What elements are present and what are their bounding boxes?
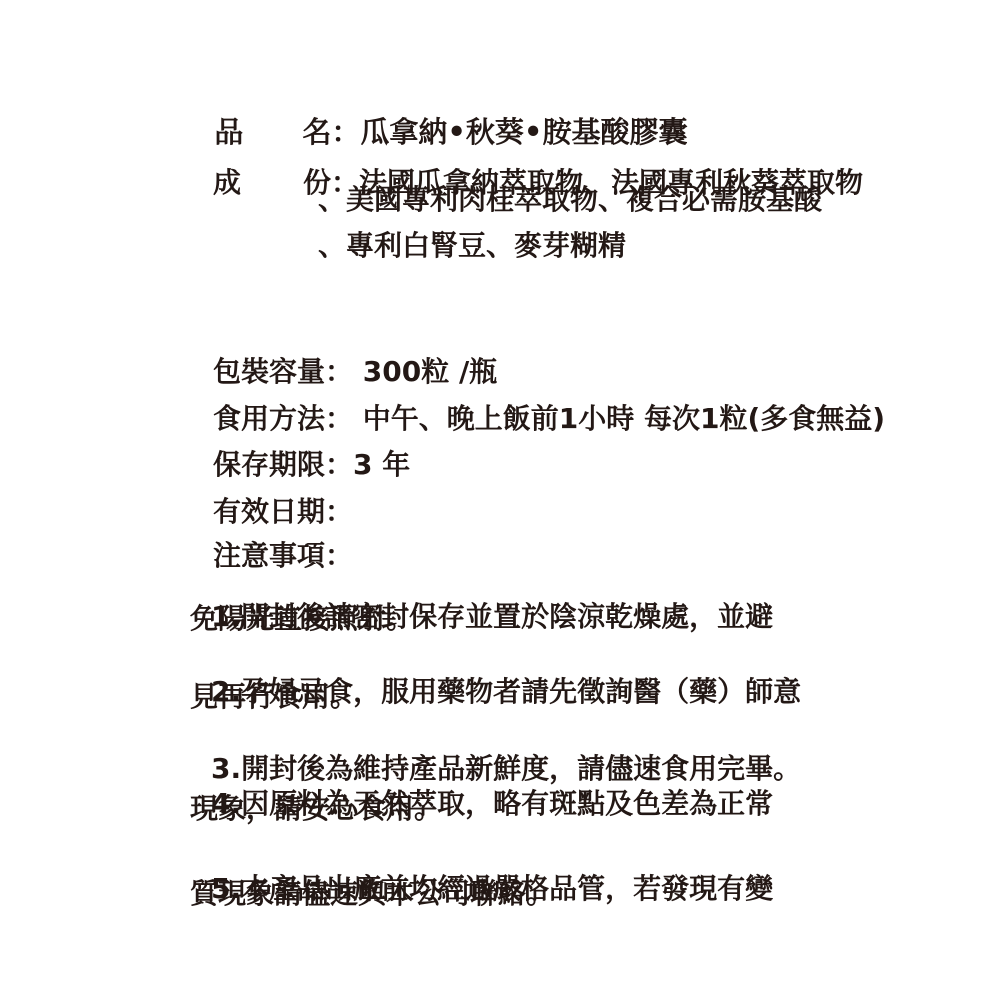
usage-value: 中午、晚上飯前1小時 每次1粒(多食無益) [353,402,885,435]
note-5-line-2: 質現象請儘速與本公司聯絡。 [190,879,554,909]
ingredients-line-3: 、專利白腎豆、麥芽糊精 [318,231,626,261]
note-1-line-2: 免陽光直接照射。 [190,604,414,634]
note-4-line-2: 現象，請安心食用。 [190,794,442,824]
ingredients-label-first: 成 [213,168,241,198]
ingredients-line-2: 、美國專利肉桂萃取物、複合必需胺基酸 [318,185,822,215]
notice-label: 注意事項： [213,539,353,572]
note-2-line-2: 見再行食用。 [190,682,358,712]
product-label-page: 品名：瓜拿納•秋葵•胺基酸膠囊 成份：法國瓜拿納萃取物、法國專利秋葵萃取物 、美… [0,0,1000,1000]
shelf-life-value: 3 年 [353,448,410,481]
